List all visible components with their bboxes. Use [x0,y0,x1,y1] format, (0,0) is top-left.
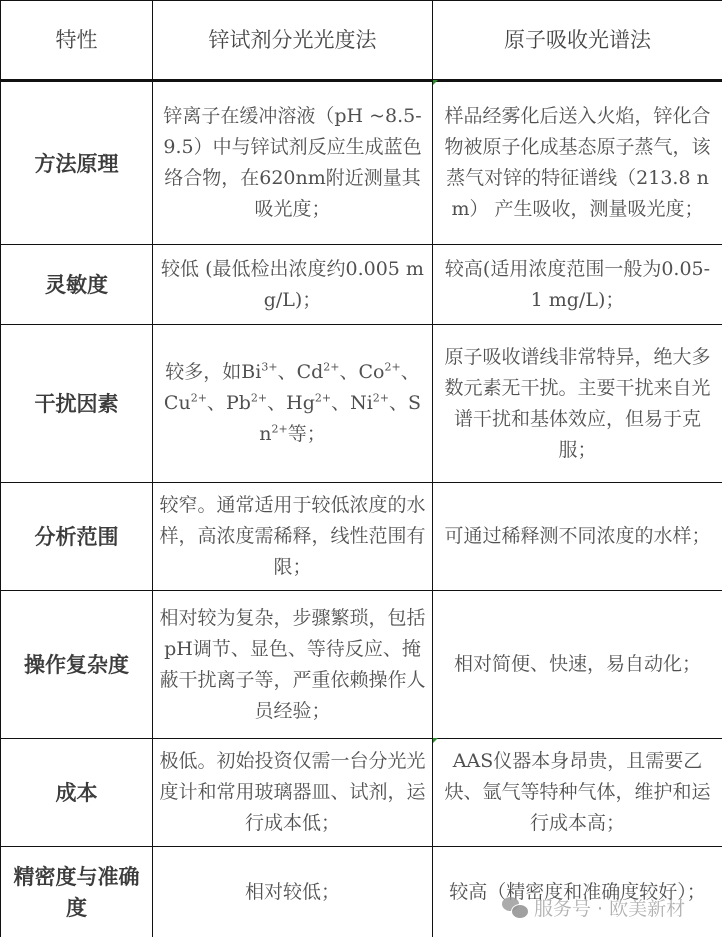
interference-prefix: 较多，如 [165,361,241,383]
ion-hg: Hg2+ [286,392,331,414]
row-label: 精密度与准确度 [1,847,153,937]
cell-zincon: 相对较为复杂，步骤繁琐，包括pH调节、显色、等待反应、掩蔽干扰离子等，严重依赖操… [153,591,433,739]
row-label: 方法原理 [1,81,153,245]
cell-zincon: 较多，如Bi3+、Cd2+、Co2+、Cu2+、Pb2+、Hg2+、Ni2+、S… [153,325,433,483]
row-label: 分析范围 [1,483,153,591]
cell-zincon: 极低。初始投资仅需一台分光光度计和常用玻璃器皿、试剂，运行成本低； [153,739,433,847]
ion-sn: Sn2+ [259,392,421,445]
table-row-precision: 精密度与准确度 相对较低； 较高（精密度和准确度较好）； [1,847,722,937]
table-row-cost: 成本 极低。初始投资仅需一台分光光度计和常用玻璃器皿、试剂，运行成本低； AAS… [1,739,722,847]
ion-cu: Cu2+ [164,392,207,414]
ion-co: Co2+ [359,361,401,383]
cell-aas: 相对简便、快速，易自动化； [433,591,722,739]
header-zincon-method: 锌试剂分光光度法 [153,1,433,81]
cell-aas: 较高(适用浓度范围一般为0.05-1 mg/L)； [433,245,722,325]
cell-zincon: 较窄。通常适用于较低浓度的水样，高浓度需稀释，线性范围有限； [153,483,433,591]
header-aas-method: 原子吸收光谱法 [433,1,722,81]
ion-cd: Cd2+ [297,361,340,383]
cell-zincon: 相对较低； [153,847,433,937]
row-label: 干扰因素 [1,325,153,483]
ion-ni: Ni2+ [350,392,389,414]
cell-aas: 样品经雾化后送入火焰，锌化合物被原子化成基态原子蒸气，该蒸气对锌的特征谱线（21… [433,81,722,245]
cell-aas: 原子吸收谱线非常特异，绝大多数元素无干扰。主要干扰来自光谱干扰和基体效应，但易于… [433,325,722,483]
row-label: 成本 [1,739,153,847]
table-row-interference: 干扰因素 较多，如Bi3+、Cd2+、Co2+、Cu2+、Pb2+、Hg2+、N… [1,325,722,483]
cell-corner-marker [433,738,438,743]
row-label: 操作复杂度 [1,591,153,739]
interference-suffix: 等； [288,423,326,445]
comparison-table: 特性 锌试剂分光光度法 原子吸收光谱法 方法原理 锌离子在缓冲溶液（pH ~8.… [0,0,722,937]
row-label: 灵敏度 [1,245,153,325]
table-row-range: 分析范围 较窄。通常适用于较低浓度的水样，高浓度需稀释，线性范围有限； 可通过稀… [1,483,722,591]
header-property: 特性 [1,1,153,81]
table-row-complexity: 操作复杂度 相对较为复杂，步骤繁琐，包括pH调节、显色、等待反应、掩蔽干扰离子等… [1,591,722,739]
cell-aas: 可通过稀释测不同浓度的水样； [433,483,722,591]
table-row-principle: 方法原理 锌离子在缓冲溶液（pH ~8.5-9.5）中与锌试剂反应生成蓝色络合物… [1,81,722,245]
table-row-sensitivity: 灵敏度 较低 (最低检出浓度约0.005 mg/L)； 较高(适用浓度范围一般为… [1,245,722,325]
cell-zincon: 锌离子在缓冲溶液（pH ~8.5-9.5）中与锌试剂反应生成蓝色络合物，在620… [153,81,433,245]
ion-pb: Pb2+ [226,392,267,414]
cell-corner-marker [433,80,438,85]
table-header-row: 特性 锌试剂分光光度法 原子吸收光谱法 [1,1,722,81]
cell-zincon: 较低 (最低检出浓度约0.005 mg/L)； [153,245,433,325]
cell-aas: 较高（精密度和准确度较好）； [433,847,722,937]
ion-bi: Bi3+ [241,361,277,383]
cell-aas: AAS仪器本身昂贵，且需要乙炔、氩气等特种气体，维护和运行成本高； [433,739,722,847]
